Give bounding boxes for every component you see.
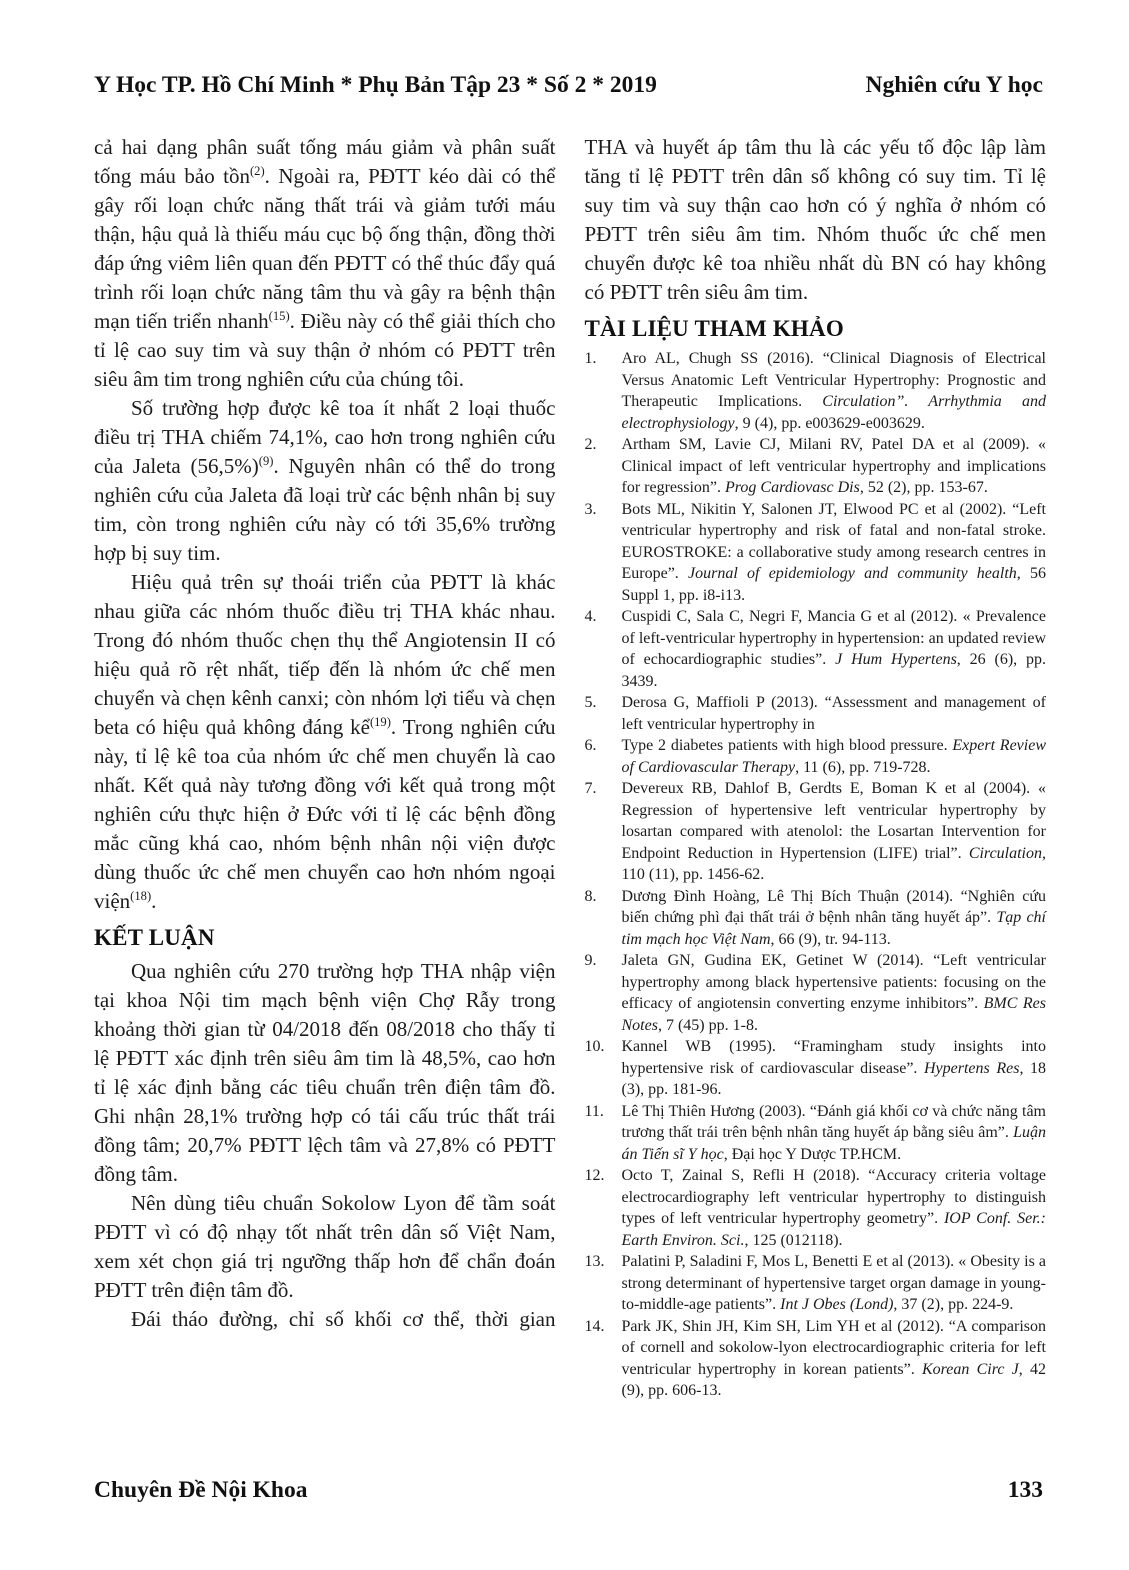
text-run: Type 2 diabetes patients with high blood… xyxy=(622,737,953,754)
text-run: . xyxy=(151,889,156,913)
section-label: Nghiên cứu Y học xyxy=(865,72,1043,99)
text-run: Nên dùng tiêu chuẩn Sokolow Lyon để tầm … xyxy=(94,1191,556,1302)
reference-text: Octo T, Zainal S, Refli H (2018). “Accur… xyxy=(622,1165,1047,1251)
reference-item: 5.Derosa G, Maffioli P (2013). “Assessme… xyxy=(585,692,1047,735)
reference-number: 3. xyxy=(585,499,622,521)
reference-number: 9. xyxy=(585,950,622,972)
reference-item: 12.Octo T, Zainal S, Refli H (2018). “Ac… xyxy=(585,1165,1047,1251)
reference-item: 8.Dương Đình Hoàng, Lê Thị Bích Thuận (2… xyxy=(585,886,1047,951)
text-run: THA và huyết áp tâm thu là các yếu tố độ… xyxy=(585,135,1047,304)
body-paragraph: Số trường hợp được kê toa ít nhất 2 loại… xyxy=(94,394,556,568)
reference-item: 10.Kannel WB (1995). “Framingham study i… xyxy=(585,1036,1047,1101)
text-run: , 66 (9), tr. 94-113. xyxy=(771,931,891,948)
left-column: cả hai dạng phân suất tống máu giảm và p… xyxy=(94,133,556,1402)
reference-number: 14. xyxy=(585,1316,622,1338)
body-paragraph: THA và huyết áp tâm thu là các yếu tố độ… xyxy=(585,133,1047,307)
text-run: Jaleta GN, Gudina EK, Getinet W (2014). … xyxy=(622,952,1047,1012)
reference-text: Bots ML, Nikitin Y, Salonen JT, Elwood P… xyxy=(622,499,1047,607)
reference-text: Jaleta GN, Gudina EK, Getinet W (2014). … xyxy=(622,950,1047,1036)
reference-text: Kannel WB (1995). “Framingham study insi… xyxy=(622,1036,1047,1101)
text-run: . Ngoài ra, PĐTT kéo dài có thể gây rối … xyxy=(94,164,556,333)
reference-item: 9.Jaleta GN, Gudina EK, Getinet W (2014)… xyxy=(585,950,1047,1036)
text-run: , 11 (6), pp. 719-728. xyxy=(795,759,930,776)
text-run: Hiệu quả trên sự thoái triển của PĐTT là… xyxy=(94,570,556,739)
italic-run: Korean Circ J xyxy=(922,1361,1019,1378)
body-paragraph: Nên dùng tiêu chuẩn Sokolow Lyon để tầm … xyxy=(94,1189,556,1305)
reference-item: 2.Artham SM, Lavie CJ, Milani RV, Patel … xyxy=(585,434,1047,499)
reference-text: Lê Thị Thiên Hương (2003). “Đánh giá khố… xyxy=(622,1101,1047,1166)
paper-page: Y Học TP. Hồ Chí Minh * Phụ Bản Tập 23 *… xyxy=(0,0,1129,1570)
journal-title: Y Học TP. Hồ Chí Minh * Phụ Bản Tập 23 *… xyxy=(94,72,657,99)
italic-run: Circulation xyxy=(969,845,1042,862)
text-run: , 37 (2), pp. 224-9. xyxy=(893,1296,1013,1313)
text-run: Lê Thị Thiên Hương (2003). “Đánh giá khố… xyxy=(622,1103,1047,1142)
italic-run: Int J Obes (Lond) xyxy=(780,1296,893,1313)
reference-item: 13.Palatini P, Saladini F, Mos L, Benett… xyxy=(585,1251,1047,1316)
chapter-title: Chuyên Đề Nội Khoa xyxy=(94,1477,308,1504)
reference-number: 8. xyxy=(585,886,622,908)
section-heading: KẾT LUẬN xyxy=(94,925,556,951)
italic-run: Prog Cardiovasc Dis xyxy=(725,479,860,496)
citation-superscript: (9) xyxy=(259,454,274,468)
reference-number: 2. xyxy=(585,434,622,456)
page-number: 133 xyxy=(1008,1477,1043,1504)
text-run: Dương Đình Hoàng, Lê Thị Bích Thuận (201… xyxy=(622,888,1047,927)
text-run: . Trong nghiên cứu này, tỉ lệ kê toa của… xyxy=(94,715,556,913)
page-header: Y Học TP. Hồ Chí Minh * Phụ Bản Tập 23 *… xyxy=(94,72,1043,99)
reference-number: 4. xyxy=(585,606,622,628)
reference-item: 6.Type 2 diabetes patients with high blo… xyxy=(585,735,1047,778)
reference-number: 13. xyxy=(585,1251,622,1273)
reference-text: Dương Đình Hoàng, Lê Thị Bích Thuận (201… xyxy=(622,886,1047,951)
reference-number: 10. xyxy=(585,1036,622,1058)
reference-text: Park JK, Shin JH, Kim SH, Lim YH et al (… xyxy=(622,1316,1047,1402)
text-run: , 9 (4), pp. e003629-e003629. xyxy=(735,415,925,432)
text-run: Qua nghiên cứu 270 trường hợp THA nhập v… xyxy=(94,959,556,1186)
reference-text: Aro AL, Chugh SS (2016). “Clinical Diagn… xyxy=(622,348,1047,434)
reference-list: 1.Aro AL, Chugh SS (2016). “Clinical Dia… xyxy=(585,348,1047,1402)
text-run: Đái tháo đường, chỉ số khối cơ thể, thời… xyxy=(131,1307,556,1331)
reference-item: 4.Cuspidi C, Sala C, Negri F, Mancia G e… xyxy=(585,606,1047,692)
reference-text: Derosa G, Maffioli P (2013). “Assessment… xyxy=(622,692,1047,735)
text-run: , 7 (45) pp. 1-8. xyxy=(658,1017,758,1034)
reference-text: Devereux RB, Dahlof B, Gerdts E, Boman K… xyxy=(622,778,1047,886)
italic-run: J Hum Hypertens xyxy=(835,651,957,668)
body-paragraph: Đái tháo đường, chỉ số khối cơ thể, thời… xyxy=(94,1305,556,1334)
text-run: , Đại học Y Dược TP.HCM. xyxy=(724,1146,901,1163)
text-run: , 52 (2), pp. 153-67. xyxy=(860,479,988,496)
reference-number: 11. xyxy=(585,1101,622,1123)
citation-superscript: (19) xyxy=(370,715,391,729)
reference-number: 7. xyxy=(585,778,622,800)
reference-item: 3.Bots ML, Nikitin Y, Salonen JT, Elwood… xyxy=(585,499,1047,607)
reference-number: 5. xyxy=(585,692,622,714)
italic-run: Hypertens Res xyxy=(924,1060,1019,1077)
body-paragraph: cả hai dạng phân suất tống máu giảm và p… xyxy=(94,133,556,394)
section-heading: TÀI LIỆU THAM KHẢO xyxy=(585,316,1047,342)
page-footer: Chuyên Đề Nội Khoa 133 xyxy=(94,1477,1043,1504)
reference-item: 11.Lê Thị Thiên Hương (2003). “Đánh giá … xyxy=(585,1101,1047,1166)
reference-number: 6. xyxy=(585,735,622,757)
text-run: , 125 (012118). xyxy=(744,1232,842,1249)
body-paragraph: Qua nghiên cứu 270 trường hợp THA nhập v… xyxy=(94,957,556,1189)
reference-text: Cuspidi C, Sala C, Negri F, Mancia G et … xyxy=(622,606,1047,692)
reference-text: Palatini P, Saladini F, Mos L, Benetti E… xyxy=(622,1251,1047,1316)
citation-superscript: (2) xyxy=(250,164,265,178)
reference-text: Artham SM, Lavie CJ, Milani RV, Patel DA… xyxy=(622,434,1047,499)
reference-item: 14.Park JK, Shin JH, Kim SH, Lim YH et a… xyxy=(585,1316,1047,1402)
reference-number: 12. xyxy=(585,1165,622,1187)
page-content: cả hai dạng phân suất tống máu giảm và p… xyxy=(94,133,1046,1402)
italic-run: Journal of epidemiology and community he… xyxy=(688,565,1017,582)
reference-item: 7.Devereux RB, Dahlof B, Gerdts E, Boman… xyxy=(585,778,1047,886)
citation-superscript: (15) xyxy=(269,309,290,323)
reference-number: 1. xyxy=(585,348,622,370)
citation-superscript: (18) xyxy=(130,889,151,903)
text-run: Derosa G, Maffioli P (2013). “Assessment… xyxy=(622,694,1047,733)
reference-item: 1.Aro AL, Chugh SS (2016). “Clinical Dia… xyxy=(585,348,1047,434)
right-column: THA và huyết áp tâm thu là các yếu tố độ… xyxy=(585,133,1047,1402)
body-paragraph: Hiệu quả trên sự thoái triển của PĐTT là… xyxy=(94,568,556,916)
reference-text: Type 2 diabetes patients with high blood… xyxy=(622,735,1047,778)
